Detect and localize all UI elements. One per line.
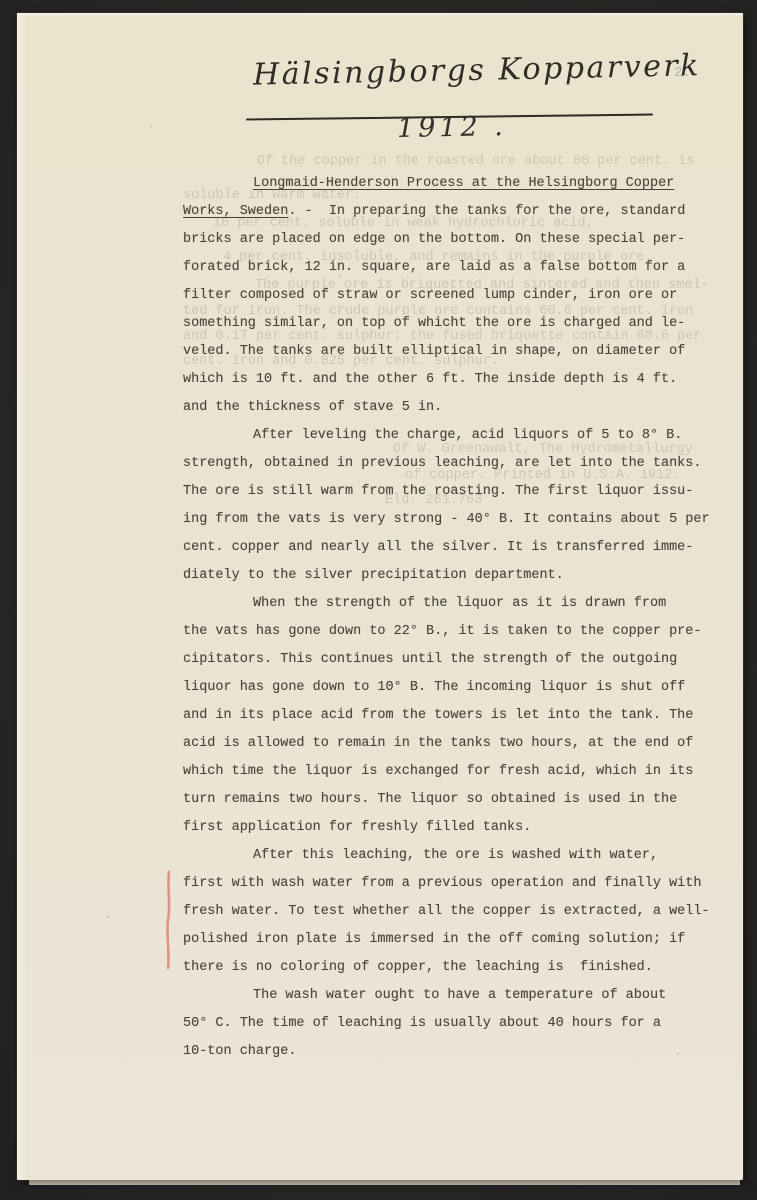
typed-text: and in its place acid from the towers is…	[183, 708, 693, 723]
typed-line: After leveling the charge, acid liquors …	[183, 422, 729, 450]
typed-line: ing from the vats is very strong - 40° B…	[183, 506, 729, 534]
document-page: Hälsingborgs Kopparverk 1912 . 2. Of the…	[17, 13, 743, 1180]
typed-text: strength, obtained in previous leaching,…	[183, 456, 701, 471]
typed-line: which time the liquor is exchanged for f…	[183, 758, 729, 786]
typed-text: first with wash water from a previous op…	[183, 876, 701, 891]
typed-text: turn remains two hours. The liquor so ob…	[183, 792, 677, 807]
typed-text: veled. The tanks are built elliptical in…	[183, 344, 685, 359]
typed-line: 10-ton charge.	[183, 1038, 729, 1066]
typed-line: there is no coloring of copper, the leac…	[183, 954, 729, 982]
underlined-text: Longmaid-Henderson Process at the Helsin…	[253, 176, 674, 191]
typed-line: something similar, on top of whicht the …	[183, 310, 729, 338]
handwritten-year: 1912 .	[397, 111, 507, 144]
underlined-text: Works, Sweden	[183, 204, 288, 219]
typed-text: diately to the silver precipitation depa…	[183, 568, 564, 583]
typed-line: polished iron plate is immersed in the o…	[183, 926, 729, 954]
typed-line: 50° C. The time of leaching is usually a…	[183, 1010, 729, 1038]
typed-line: first application for freshly filled tan…	[183, 814, 729, 842]
paper-speck	[575, 241, 577, 243]
red-margin-mark	[163, 870, 175, 970]
ghost-page-number: 2.	[674, 65, 691, 81]
typed-line: which is 10 ft. and the other 6 ft. The …	[183, 366, 729, 394]
typed-text: first application for freshly filled tan…	[183, 820, 531, 835]
typed-line: forated brick, 12 in. square, are laid a…	[183, 254, 729, 282]
typed-line: diately to the silver precipitation depa…	[183, 562, 729, 590]
typed-line: and in its place acid from the towers is…	[183, 702, 729, 730]
typed-text: After leveling the charge, acid liquors …	[253, 428, 682, 443]
typed-line: After this leaching, the ore is washed w…	[183, 842, 729, 870]
typed-text: and the thickness of stave 5 in.	[183, 400, 442, 415]
typed-line: acid is allowed to remain in the tanks t…	[183, 730, 729, 758]
typed-text: After this leaching, the ore is washed w…	[253, 848, 658, 863]
typed-line: liquor has gone down to 10° B. The incom…	[183, 674, 729, 702]
typed-line: turn remains two hours. The liquor so ob…	[183, 786, 729, 814]
typed-text: cent. copper and nearly all the silver. …	[183, 540, 693, 555]
typed-line: When the strength of the liquor as it is…	[183, 590, 729, 618]
typed-text: 10-ton charge.	[183, 1044, 296, 1059]
typed-line: filter composed of straw or screened lum…	[183, 282, 729, 310]
typed-line: fresh water. To test whether all the cop…	[183, 898, 729, 926]
typed-line: cent. copper and nearly all the silver. …	[183, 534, 729, 562]
typed-line: Longmaid-Henderson Process at the Helsin…	[183, 170, 729, 198]
typed-text: bricks are placed on edge on the bottom.…	[183, 232, 685, 247]
underlying-sheet-edge	[29, 1180, 740, 1185]
scan-background: Hälsingborgs Kopparverk 1912 . 2. Of the…	[0, 0, 757, 1200]
typed-line: bricks are placed on edge on the bottom.…	[183, 226, 729, 254]
typed-text: ing from the vats is very strong - 40° B…	[183, 512, 710, 527]
typed-text: forated brick, 12 in. square, are laid a…	[183, 260, 685, 275]
typed-line: and the thickness of stave 5 in.	[183, 394, 729, 422]
typed-text-block: Longmaid-Henderson Process at the Helsin…	[183, 170, 729, 1066]
paper-speck	[677, 1053, 679, 1055]
typed-text: acid is allowed to remain in the tanks t…	[183, 736, 693, 751]
typed-line: The ore is still warm from the roasting.…	[183, 478, 729, 506]
typed-text: filter composed of straw or screened lum…	[183, 288, 677, 303]
bleed-through-line: Of the copper in the roasted ore about 8…	[257, 155, 694, 169]
typed-text: . - In preparing the tanks for the ore, …	[288, 204, 685, 219]
paper-speck	[339, 275, 341, 277]
typed-text: When the strength of the liquor as it is…	[253, 596, 666, 611]
typed-text: which is 10 ft. and the other 6 ft. The …	[183, 372, 677, 387]
typed-line: the vats has gone down to 22° B., it is …	[183, 618, 729, 646]
typed-text: liquor has gone down to 10° B. The incom…	[183, 680, 685, 695]
typed-text: which time the liquor is exchanged for f…	[183, 764, 693, 779]
typed-line: cipitators. This continues until the str…	[183, 646, 729, 674]
typed-text: fresh water. To test whether all the cop…	[183, 904, 710, 919]
handwritten-title: Hälsingborgs Kopparverk	[253, 48, 694, 92]
typed-text: the vats has gone down to 22° B., it is …	[183, 624, 701, 639]
typed-line: strength, obtained in previous leaching,…	[183, 450, 729, 478]
typed-text: The ore is still warm from the roasting.…	[183, 484, 693, 499]
typed-text: something similar, on top of whicht the …	[183, 316, 685, 331]
paper-speck	[453, 773, 455, 775]
typed-line: first with wash water from a previous op…	[183, 870, 729, 898]
typed-text: The wash water ought to have a temperatu…	[253, 988, 666, 1003]
typed-line: veled. The tanks are built elliptical in…	[183, 338, 729, 366]
typed-text: 50° C. The time of leaching is usually a…	[183, 1016, 661, 1031]
typed-text: there is no coloring of copper, the leac…	[183, 960, 653, 975]
typed-line: The wash water ought to have a temperatu…	[183, 982, 729, 1010]
typed-line: Works, Sweden. - In preparing the tanks …	[183, 198, 729, 226]
typed-text: cipitators. This continues until the str…	[183, 652, 677, 667]
paper-speck	[150, 125, 152, 127]
typed-text: polished iron plate is immersed in the o…	[183, 932, 685, 947]
paper-speck	[107, 916, 109, 918]
